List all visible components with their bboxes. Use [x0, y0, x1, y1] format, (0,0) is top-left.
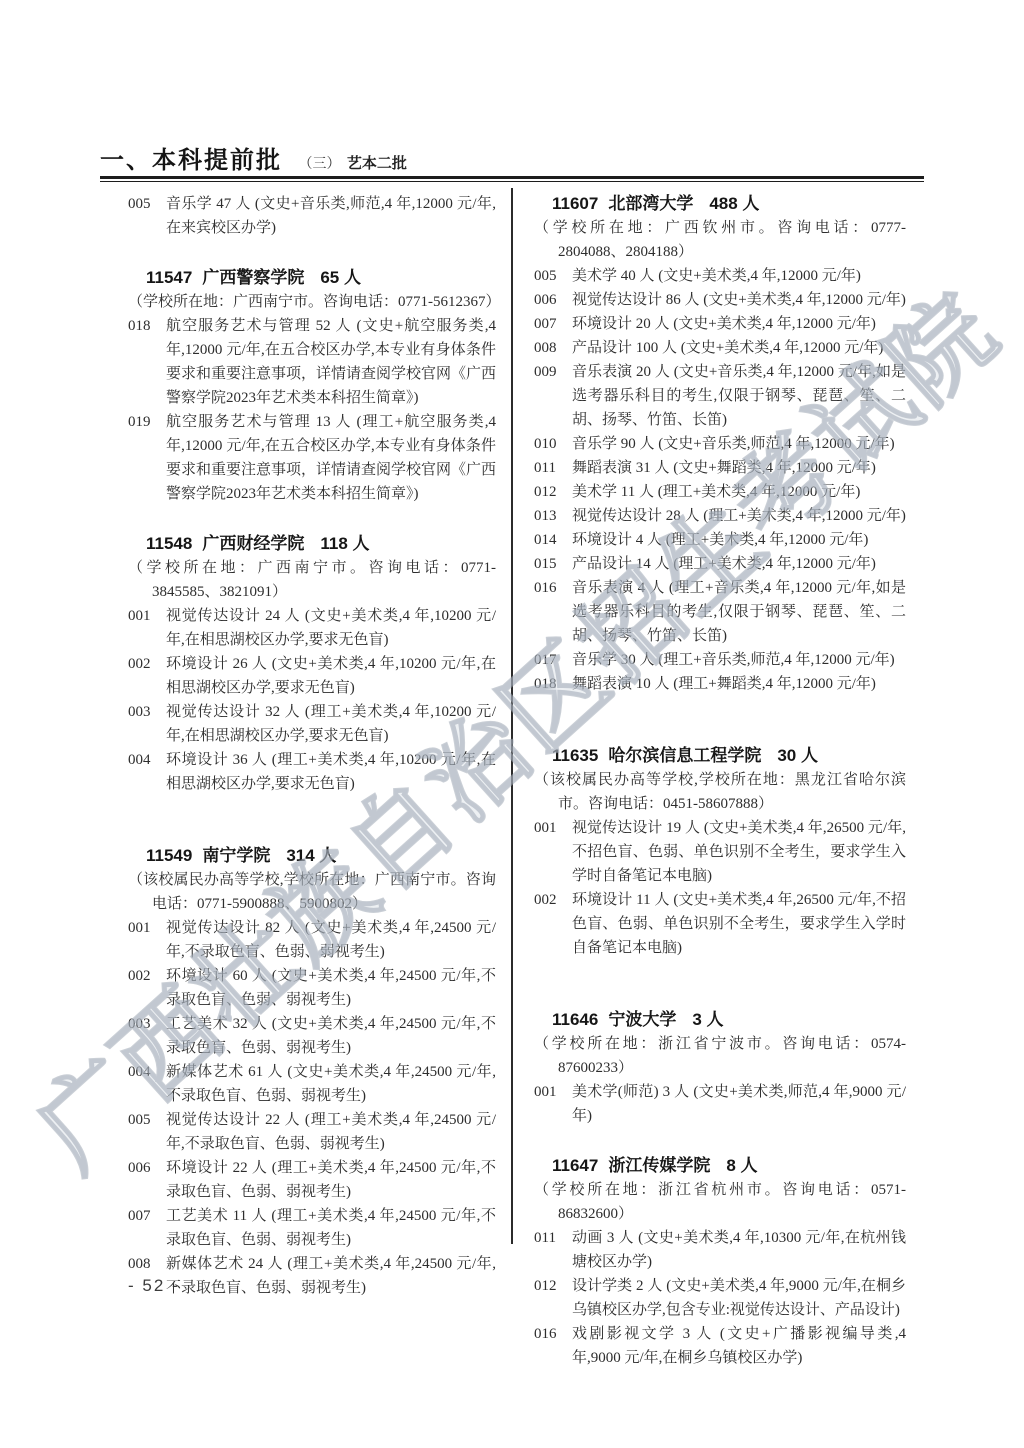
school-name: 宁波大学	[608, 1010, 676, 1029]
header-rule-thick	[100, 176, 924, 179]
school-info: （学校所在地：浙江省杭州市。咨询电话：0571-86832600）	[534, 1178, 906, 1226]
program-text: 航空服务艺术与管理 13 人 (理工+航空服务类,4 年,12000 元/年,在…	[166, 414, 496, 502]
program-entry: 008产品设计 100 人 (文史+美术类,4 年,12000 元/年)	[534, 336, 906, 360]
program-text: 航空服务艺术与管理 52 人 (文史+航空服务类,4 年,12000 元/年,在…	[166, 318, 496, 406]
school-name: 哈尔滨信息工程学院	[608, 746, 761, 765]
program-code: 004	[128, 748, 151, 772]
left-column: 005音乐学 47 人 (文史+音乐类,师范,4 年,12000 元/年,在来宾…	[128, 192, 496, 1300]
school-info: （该校属民办高等学校,学校所在地：广西南宁市。咨询电话：0771-5900888…	[128, 868, 496, 916]
school-info: （学校所在地：浙江省宁波市。咨询电话：0574-87600233）	[534, 1032, 906, 1080]
program-code: 013	[534, 504, 557, 528]
program-entry: 011舞蹈表演 31 人 (文史+舞蹈类,4 年,12000 元/年)	[534, 456, 906, 480]
program-entry: 019航空服务艺术与管理 13 人 (理工+航空服务类,4 年,12000 元/…	[128, 410, 496, 506]
program-entry: 005美术学 40 人 (文史+美术类,4 年,12000 元/年)	[534, 264, 906, 288]
program-text: 环境设计 20 人 (文史+美术类,4 年,12000 元/年)	[572, 316, 876, 332]
program-entry: 017音乐学 30 人 (理工+音乐类,师范,4 年,12000 元/年)	[534, 648, 906, 672]
program-code: 002	[534, 888, 557, 912]
program-code: 001	[128, 604, 151, 628]
program-code: 005	[534, 264, 557, 288]
page-title: 一、本科提前批	[100, 147, 282, 174]
school-count: 30 人	[777, 746, 818, 765]
program-text: 舞蹈表演 31 人 (文史+舞蹈类,4 年,12000 元/年)	[572, 460, 876, 476]
school-section-title: 11549南宁学院314 人	[128, 844, 496, 868]
program-entry: 002环境设计 26 人 (文史+美术类,4 年,10200 元/年,在相思湖校…	[128, 652, 496, 700]
program-text: 工艺美术 32 人 (文史+美术类,4 年,24500 元/年,不录取色盲、色弱…	[166, 1016, 496, 1056]
program-text: 视觉传达设计 19 人 (文史+美术类,4 年,26500 元/年,不招色盲、色…	[572, 820, 906, 884]
program-entry: 002环境设计 11 人 (文史+美术类,4 年,26500 元/年,不招色盲、…	[534, 888, 906, 960]
program-text: 音乐学 47 人 (文史+音乐类,师范,4 年,12000 元/年,在来宾校区办…	[166, 196, 496, 236]
program-entry: 001视觉传达设计 82 人 (文史+美术类,4 年,24500 元/年,不录取…	[128, 916, 496, 964]
school-section-title: 11548广西财经学院118 人	[128, 532, 496, 556]
program-entry: 012美术学 11 人 (理工+美术类,4 年,12000 元/年)	[534, 480, 906, 504]
school-code: 11635	[552, 746, 598, 765]
program-code: 004	[128, 1060, 151, 1084]
school-info: （学校所在地：广西南宁市。咨询电话：0771-3845585、3821091）	[128, 556, 496, 604]
program-text: 视觉传达设计 32 人 (理工+美术类,4 年,10200 元/年,在相思湖校区…	[166, 704, 496, 744]
program-code: 015	[534, 552, 557, 576]
school-code: 11607	[552, 194, 598, 213]
school-section-title: 11647浙江传媒学院8 人	[534, 1154, 906, 1178]
school-name: 北部湾大学	[608, 194, 693, 213]
program-code: 012	[534, 1274, 557, 1298]
school-count: 314 人	[286, 846, 336, 865]
program-text: 工艺美术 11 人 (理工+美术类,4 年,24500 元/年,不录取色盲、色弱…	[166, 1208, 496, 1248]
document-page: 一、本科提前批 （三） 艺本二批 005音乐学 47 人 (文史+音乐类,师范,…	[0, 0, 1024, 1448]
program-text: 视觉传达设计 24 人 (文史+美术类,4 年,10200 元/年,在相思湖校区…	[166, 608, 496, 648]
program-code: 006	[534, 288, 557, 312]
program-code: 002	[128, 652, 151, 676]
program-entry: 016戏剧影视文学 3 人 (文史+广播影视编导类,4 年,9000 元/年,在…	[534, 1322, 906, 1370]
program-text: 环境设计 11 人 (文史+美术类,4 年,26500 元/年,不招色盲、色弱、…	[572, 892, 906, 956]
school-name: 广西财经学院	[202, 534, 304, 553]
school-section-title: 11635哈尔滨信息工程学院30 人	[534, 744, 906, 768]
program-entry: 008新媒体艺术 24 人 (理工+美术类,4 年,24500 元/年,不录取色…	[128, 1252, 496, 1300]
program-code: 016	[534, 1322, 557, 1346]
school-info: （学校所在地：广西钦州市。咨询电话：0777-2804088、2804188）	[534, 216, 906, 264]
batch-number: （三）	[298, 155, 340, 171]
program-code: 005	[128, 1108, 151, 1132]
program-code: 001	[534, 1080, 557, 1104]
program-entry: 004环境设计 36 人 (理工+美术类,4 年,10200 元/年,在相思湖校…	[128, 748, 496, 796]
program-code: 003	[128, 1012, 151, 1036]
program-entry: 015产品设计 14 人 (理工+美术类,4 年,12000 元/年)	[534, 552, 906, 576]
program-entry: 014环境设计 4 人 (理工+美术类,4 年,12000 元/年)	[534, 528, 906, 552]
program-entry: 003工艺美术 32 人 (文史+美术类,4 年,24500 元/年,不录取色盲…	[128, 1012, 496, 1060]
program-entry: 013视觉传达设计 28 人 (理工+美术类,4 年,12000 元/年)	[534, 504, 906, 528]
column-divider	[511, 188, 513, 1244]
school-count: 8 人	[726, 1156, 757, 1175]
program-code: 016	[534, 576, 557, 600]
program-text: 环境设计 4 人 (理工+美术类,4 年,12000 元/年)	[572, 532, 868, 548]
school-info: （学校所在地：广西南宁市。咨询电话：0771-5612367）	[128, 290, 496, 314]
program-text: 音乐学 30 人 (理工+音乐类,师范,4 年,12000 元/年)	[572, 652, 895, 668]
header-rule-thin	[100, 181, 924, 182]
program-code: 008	[128, 1252, 151, 1276]
program-entry: 001视觉传达设计 19 人 (文史+美术类,4 年,26500 元/年,不招色…	[534, 816, 906, 888]
right-column: 11607北部湾大学488 人（学校所在地：广西钦州市。咨询电话：0777-28…	[534, 192, 906, 1370]
school-count: 118 人	[320, 534, 369, 553]
program-code: 006	[128, 1156, 151, 1180]
program-text: 音乐学 90 人 (文史+音乐类,师范,4 年,12000 元/年)	[572, 436, 895, 452]
program-text: 音乐表演 20 人 (文史+音乐类,4 年,12000 元/年,如是选考器乐科目…	[572, 364, 906, 428]
school-code: 11547	[146, 268, 192, 287]
program-text: 动画 3 人 (文史+美术类,4 年,10300 元/年,在杭州钱塘校区办学)	[572, 1230, 906, 1270]
program-code: 014	[534, 528, 557, 552]
program-text: 设计学类 2 人 (文史+美术类,4 年,9000 元/年,在桐乡乌镇校区办学,…	[572, 1278, 906, 1318]
program-text: 环境设计 36 人 (理工+美术类,4 年,10200 元/年,在相思湖校区办学…	[166, 752, 496, 792]
program-code: 017	[534, 648, 557, 672]
program-entry: 005视觉传达设计 22 人 (理工+美术类,4 年,24500 元/年,不录取…	[128, 1108, 496, 1156]
program-code: 003	[128, 700, 151, 724]
program-code: 007	[534, 312, 557, 336]
program-text: 舞蹈表演 10 人 (理工+舞蹈类,4 年,12000 元/年)	[572, 676, 876, 692]
program-entry: 016音乐表演 4 人 (理工+音乐类,4 年,12000 元/年,如是选考器乐…	[534, 576, 906, 648]
school-name: 浙江传媒学院	[608, 1156, 710, 1175]
program-entry: 002环境设计 60 人 (文史+美术类,4 年,24500 元/年,不录取色盲…	[128, 964, 496, 1012]
program-code: 007	[128, 1204, 151, 1228]
program-text: 环境设计 22 人 (理工+美术类,4 年,24500 元/年,不录取色盲、色弱…	[166, 1160, 496, 1200]
program-text: 戏剧影视文学 3 人 (文史+广播影视编导类,4 年,9000 元/年,在桐乡乌…	[572, 1326, 906, 1366]
program-text: 音乐表演 4 人 (理工+音乐类,4 年,12000 元/年,如是选考器乐科目的…	[572, 580, 906, 644]
program-text: 视觉传达设计 86 人 (文史+美术类,4 年,12000 元/年)	[572, 292, 906, 308]
program-entry: 003视觉传达设计 32 人 (理工+美术类,4 年,10200 元/年,在相思…	[128, 700, 496, 748]
program-code: 011	[534, 1226, 556, 1250]
program-text: 产品设计 100 人 (文史+美术类,4 年,12000 元/年)	[572, 340, 883, 356]
school-section-title: 11646宁波大学3 人	[534, 1008, 906, 1032]
school-code: 11646	[552, 1010, 598, 1029]
program-code: 008	[534, 336, 557, 360]
school-name: 广西警察学院	[202, 268, 304, 287]
program-code: 018	[128, 314, 151, 338]
school-count: 65 人	[320, 268, 361, 287]
program-entry: 018航空服务艺术与管理 52 人 (文史+航空服务类,4 年,12000 元/…	[128, 314, 496, 410]
school-section-title: 11547广西警察学院65 人	[128, 266, 496, 290]
program-code: 009	[534, 360, 557, 384]
program-code: 001	[534, 816, 557, 840]
program-text: 美术学 11 人 (理工+美术类,4 年,12000 元/年)	[572, 484, 860, 500]
program-entry: 007工艺美术 11 人 (理工+美术类,4 年,24500 元/年,不录取色盲…	[128, 1204, 496, 1252]
program-text: 美术学 40 人 (文史+美术类,4 年,12000 元/年)	[572, 268, 861, 284]
program-text: 产品设计 14 人 (理工+美术类,4 年,12000 元/年)	[572, 556, 876, 572]
page-header: 一、本科提前批 （三） 艺本二批	[100, 140, 924, 175]
program-entry: 010音乐学 90 人 (文史+音乐类,师范,4 年,12000 元/年)	[534, 432, 906, 456]
program-entry: 012设计学类 2 人 (文史+美术类,4 年,9000 元/年,在桐乡乌镇校区…	[534, 1274, 906, 1322]
program-entry: 018舞蹈表演 10 人 (理工+舞蹈类,4 年,12000 元/年)	[534, 672, 906, 696]
program-entry: 001视觉传达设计 24 人 (文史+美术类,4 年,10200 元/年,在相思…	[128, 604, 496, 652]
program-entry: 007环境设计 20 人 (文史+美术类,4 年,12000 元/年)	[534, 312, 906, 336]
program-text: 视觉传达设计 82 人 (文史+美术类,4 年,24500 元/年,不录取色盲、…	[166, 920, 496, 960]
program-text: 环境设计 26 人 (文史+美术类,4 年,10200 元/年,在相思湖校区办学…	[166, 656, 496, 696]
program-text: 环境设计 60 人 (文史+美术类,4 年,24500 元/年,不录取色盲、色弱…	[166, 968, 496, 1008]
program-entry: 004新媒体艺术 61 人 (文史+美术类,4 年,24500 元/年,不录取色…	[128, 1060, 496, 1108]
program-code: 011	[534, 456, 556, 480]
school-count: 3 人	[692, 1010, 723, 1029]
school-count: 488 人	[709, 194, 759, 213]
program-entry: 011动画 3 人 (文史+美术类,4 年,10300 元/年,在杭州钱塘校区办…	[534, 1226, 906, 1274]
program-code: 002	[128, 964, 151, 988]
batch-label: 艺本二批	[347, 155, 407, 172]
program-text: 美术学(师范) 3 人 (文史+美术类,师范,4 年,9000 元/年)	[572, 1084, 906, 1124]
school-section-title: 11607北部湾大学488 人	[534, 192, 906, 216]
program-code: 005	[128, 192, 151, 216]
program-text: 新媒体艺术 24 人 (理工+美术类,4 年,24500 元/年,不录取色盲、色…	[166, 1256, 496, 1296]
program-text: 新媒体艺术 61 人 (文史+美术类,4 年,24500 元/年,不录取色盲、色…	[166, 1064, 496, 1104]
program-text: 视觉传达设计 22 人 (理工+美术类,4 年,24500 元/年,不录取色盲、…	[166, 1112, 496, 1152]
school-name: 南宁学院	[202, 846, 270, 865]
school-code: 11548	[146, 534, 192, 553]
school-info: （该校属民办高等学校,学校所在地：黑龙江省哈尔滨市。咨询电话：0451-5860…	[534, 768, 906, 816]
program-code: 012	[534, 480, 557, 504]
program-entry: 005音乐学 47 人 (文史+音乐类,师范,4 年,12000 元/年,在来宾…	[128, 192, 496, 240]
program-code: 010	[534, 432, 557, 456]
program-code: 019	[128, 410, 151, 434]
program-entry: 001美术学(师范) 3 人 (文史+美术类,师范,4 年,9000 元/年)	[534, 1080, 906, 1128]
program-entry: 006视觉传达设计 86 人 (文史+美术类,4 年,12000 元/年)	[534, 288, 906, 312]
program-entry: 009音乐表演 20 人 (文史+音乐类,4 年,12000 元/年,如是选考器…	[534, 360, 906, 432]
program-text: 视觉传达设计 28 人 (理工+美术类,4 年,12000 元/年)	[572, 508, 906, 524]
program-code: 018	[534, 672, 557, 696]
program-code: 001	[128, 916, 151, 940]
school-code: 11549	[146, 846, 192, 865]
school-code: 11647	[552, 1156, 598, 1175]
program-entry: 006环境设计 22 人 (理工+美术类,4 年,24500 元/年,不录取色盲…	[128, 1156, 496, 1204]
